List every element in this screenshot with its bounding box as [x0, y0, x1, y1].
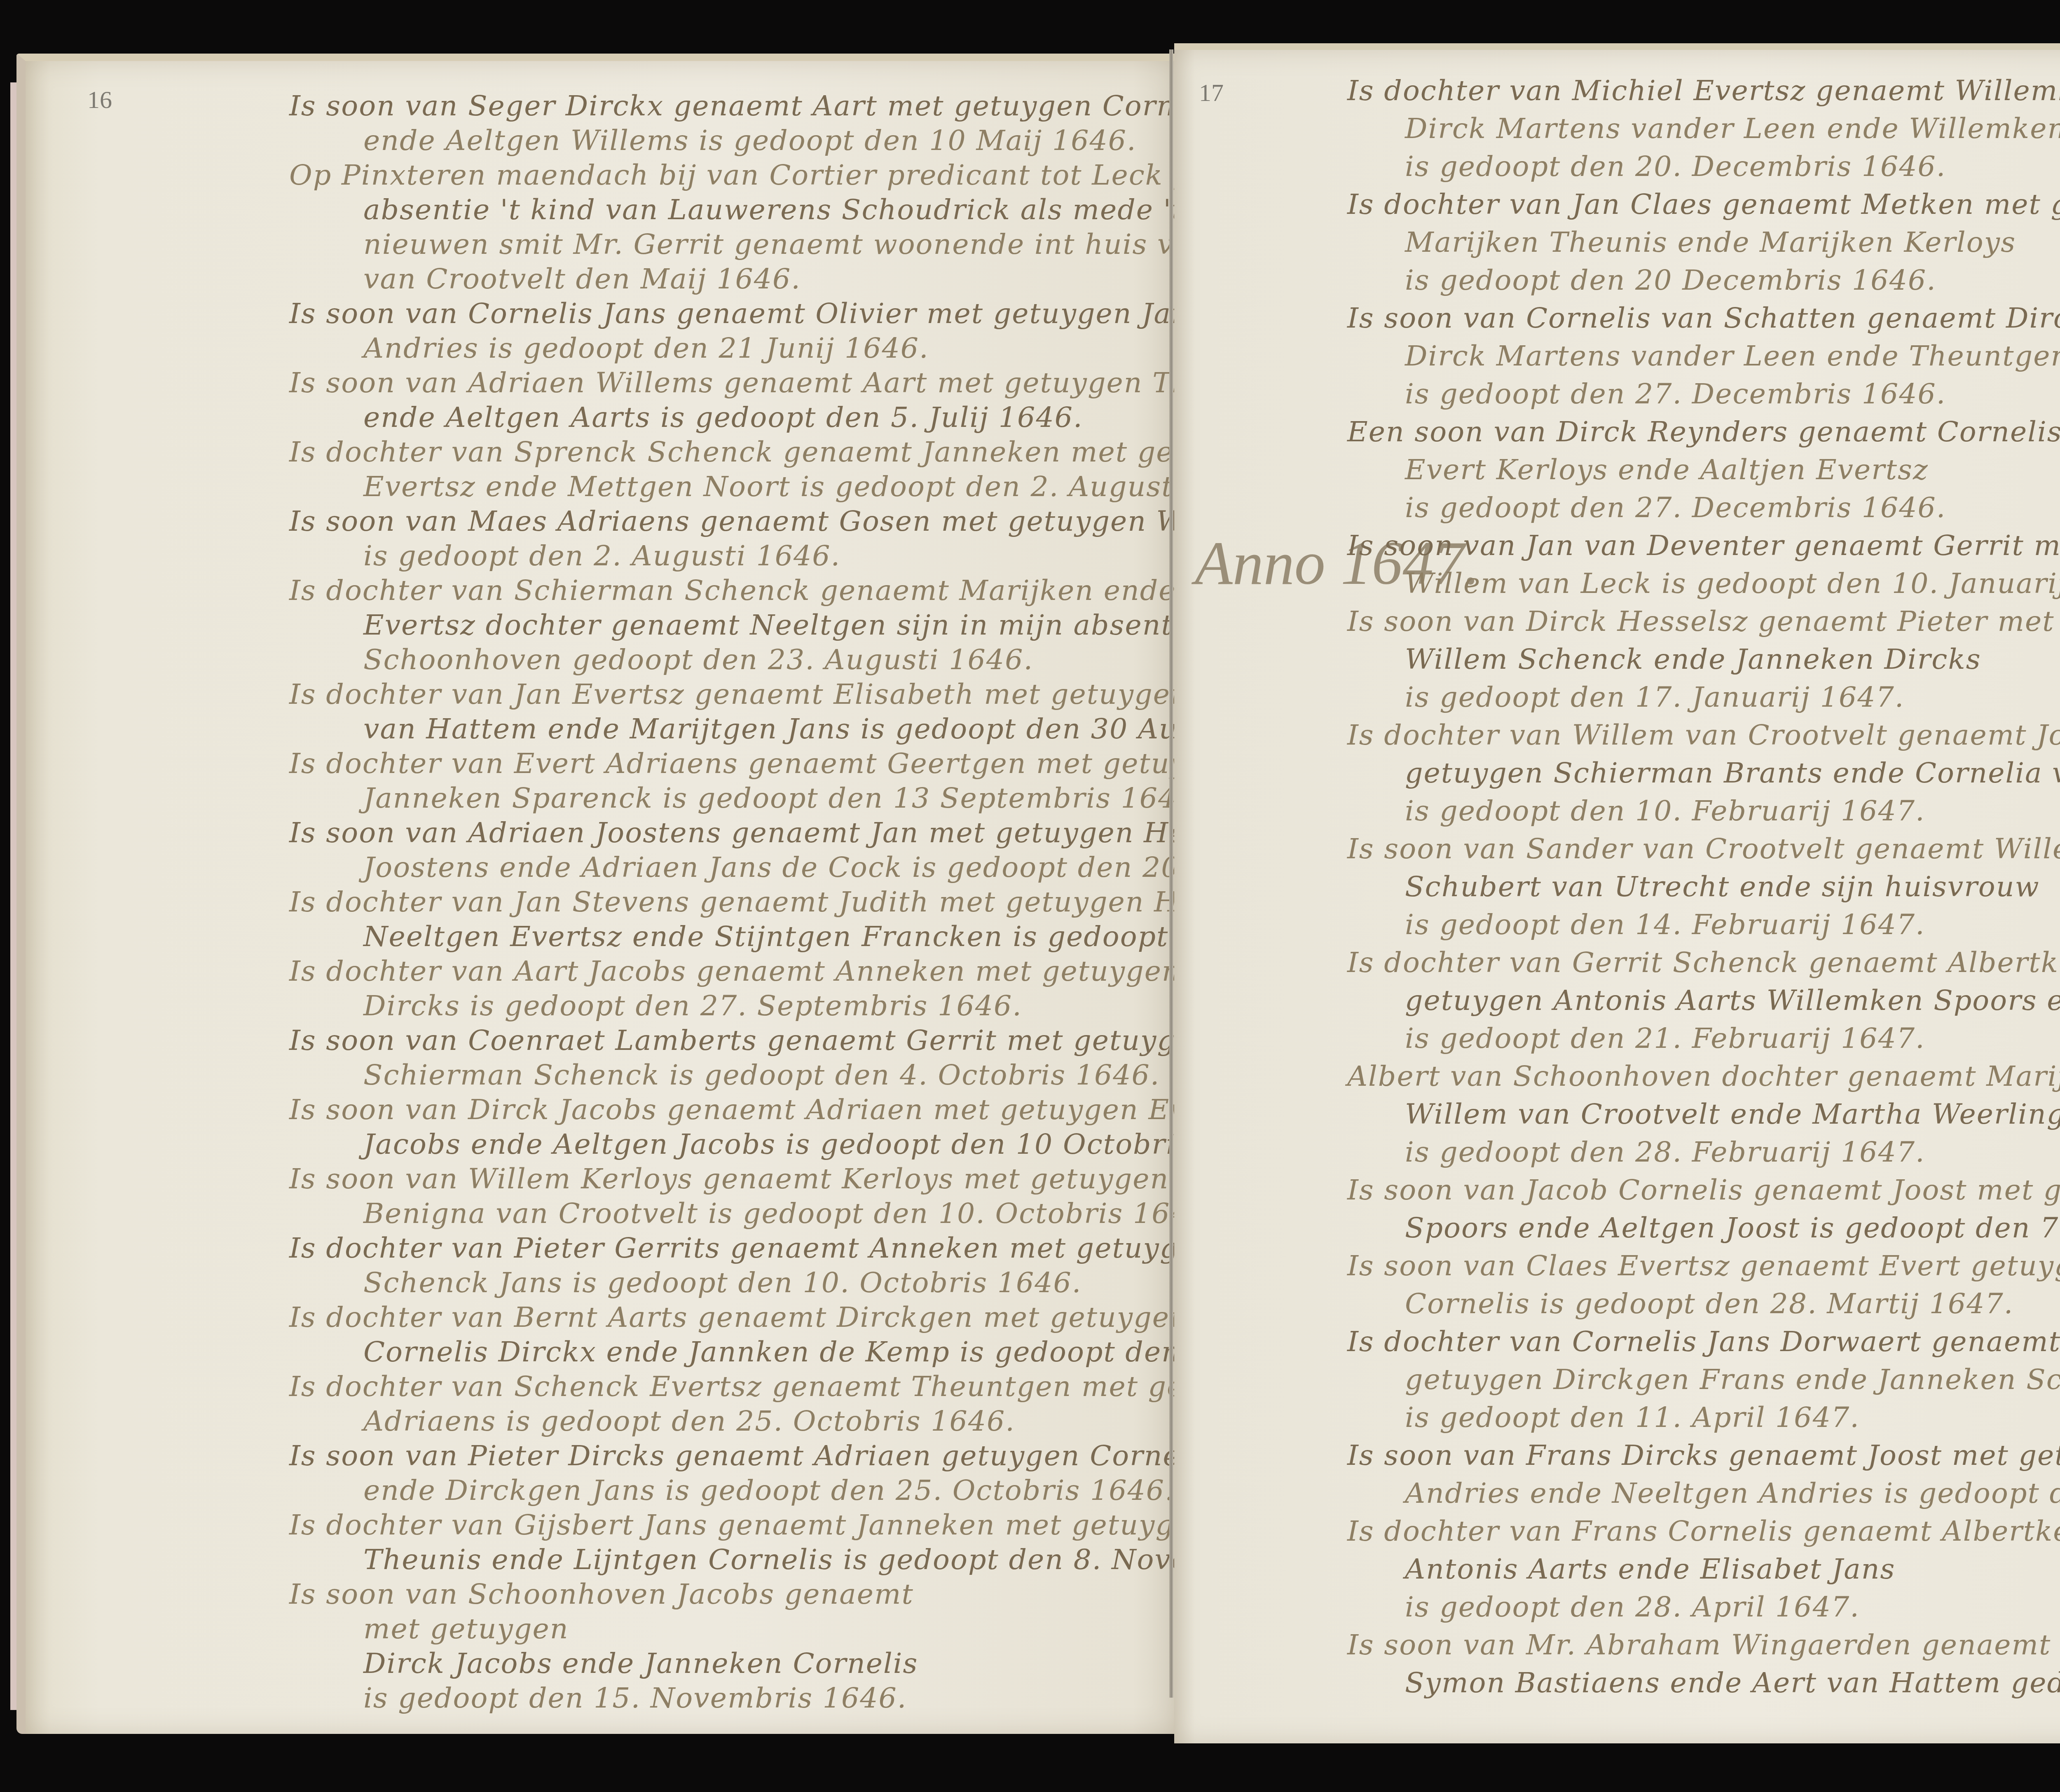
register-line: is gedoopt den 28. April 1647. [1405, 1591, 1860, 1623]
register-line: Is soon van Pieter Dircks genaemt Adriae… [289, 1440, 1288, 1472]
page-number: 16 [87, 86, 112, 114]
register-line: Albert van Schoonhoven dochter genaemt M… [1347, 1060, 2060, 1093]
register-line: Is soon van Jan van Deventer genaemt Ger… [1347, 529, 2060, 562]
right-page: 17 Anno 1647. Is dochter van Michiel Eve… [1174, 43, 2060, 1743]
register-line: Dirck Martens vander Leen ende Theuntgen… [1405, 340, 2060, 372]
register-line: ende Dirckgen Jans is gedoopt den 25. Oc… [363, 1474, 1175, 1507]
register-line: is gedoopt den 11. April 1647. [1405, 1401, 1860, 1434]
register-line: Janneken Sparenck is gedoopt den 13 Sept… [363, 782, 1205, 815]
register-line: Dirck Jacobs ende Janneken Cornelis [363, 1647, 918, 1680]
register-line: Is soon van Willem Kerloys genaemt Kerlo… [289, 1163, 1169, 1195]
register-line: is gedoopt den 20. Decembris 1646. [1405, 150, 1946, 183]
register-line: Is soon van Claes Evertsz genaemt Evert … [1347, 1250, 2060, 1282]
register-line: Cornelis is gedoopt den 28. Martij 1647. [1405, 1288, 2014, 1320]
register-line: Symon Bastiaens ende Aert van Hattem ged… [1405, 1667, 2060, 1699]
register-line: is gedoopt den 10. Februarij 1647. [1405, 795, 1925, 827]
register-line: Benigna van Crootvelt is gedoopt den 10.… [363, 1197, 1217, 1230]
register-line: Antonis Aarts ende Elisabet Jans [1405, 1553, 1895, 1586]
register-line: Willem van Leck is gedoopt den 10. Janua… [1405, 567, 2060, 600]
register-line: Andries is gedoopt den 21 Junij 1646. [363, 332, 929, 365]
register-line: Een soon van Dirck Reynders genaemt Corn… [1347, 416, 2060, 448]
register-line: Is soon van Coenraet Lamberts genaemt Ge… [289, 1024, 1212, 1057]
register-line: Willem Schenck ende Janneken Dircks [1405, 643, 1981, 676]
register-line: is gedoopt den 27. Decembris 1646. [1405, 492, 1946, 524]
register-line: Is soon van Sander van Crootvelt genaemt… [1347, 833, 2060, 865]
register-line: Evert Kerloys ende Aaltjen Evertsz [1405, 454, 1929, 486]
register-line: Is dochter van Evert Adriaens genaemt Ge… [289, 747, 1242, 780]
register-line: is gedoopt den 21. Februarij 1647. [1405, 1022, 1925, 1055]
register-line: Andries ende Neeltgen Andries is gedoopt… [1405, 1477, 2060, 1510]
register-line: Schubert van Utrecht ende sijn huisvrouw [1405, 871, 2040, 903]
register-line: Is dochter van Michiel Evertsz genaemt W… [1347, 75, 2060, 107]
page-number: 17 [1199, 79, 1224, 107]
register-line: getuygen Schierman Brants ende Cornelia … [1405, 757, 2060, 789]
register-line: is gedoopt den 2. Augusti 1646. [363, 540, 840, 572]
register-line: Is dochter van Bernt Aarts genaemt Dirck… [289, 1301, 1280, 1334]
register-line: Is dochter van Jan Claes genaemt Metken … [1347, 188, 2060, 221]
register-line: Dircks is gedoopt den 27. Septembris 164… [363, 990, 1022, 1022]
register-line: is gedoopt den 17. Januarij 1647. [1405, 681, 1904, 714]
register-line: Is dochter van Gerrit Schenck genaemt Al… [1347, 946, 2060, 979]
register-line: ende Aeltgen Willems is gedoopt den 10 M… [363, 124, 1137, 157]
register-line: ende Aeltgen Aarts is gedoopt den 5. Jul… [363, 401, 1083, 434]
register-line: Marijken Theunis ende Marijken Kerloys [1405, 226, 2016, 259]
register-line: is gedoopt den 15. Novembris 1646. [363, 1682, 907, 1715]
register-line: Schoonhoven gedoopt den 23. Augusti 1646… [363, 644, 1033, 676]
register-line: Schierman Schenck is gedoopt den 4. Octo… [363, 1059, 1160, 1092]
register-line: Is dochter van Schierman Schenck genaemt… [289, 574, 1298, 607]
register-line: Is soon van Jacob Cornelis genaemt Joost… [1347, 1174, 2060, 1206]
register-line: Is soon van Mr. Abraham Wingaerden genae… [1347, 1629, 2060, 1661]
register-line: Is dochter van Willem van Crootvelt gena… [1347, 719, 2060, 752]
left-page: 16 Is soon van Seger Dirckx genaemt Aart… [16, 54, 1179, 1734]
register-line: Willem van Crootvelt ende Martha Weerlin… [1405, 1098, 2060, 1131]
open-register-book: 16 Is soon van Seger Dirckx genaemt Aart… [0, 0, 2060, 1792]
register-line: Is dochter van Jan Evertsz genaemt Elisa… [289, 678, 1302, 711]
register-line: met getuygen [363, 1613, 569, 1645]
register-line: Evertsz ende Mettgen Noort is gedoopt de… [363, 471, 1278, 503]
register-line: Is soon van Cornelis Jans genaemt Olivie… [289, 297, 1280, 330]
register-line: Spoors ende Aeltgen Joost is gedoopt den… [1405, 1212, 2060, 1244]
register-line: is gedoopt den 14. Februarij 1647. [1405, 909, 1925, 941]
register-line: Schenck Jans is gedoopt den 10. Octobris… [363, 1267, 1081, 1299]
register-line: Is dochter van Cornelis Jans Dorwaert ge… [1347, 1326, 2060, 1358]
register-line: Is soon van Cornelis van Schatten genaem… [1347, 302, 2060, 335]
register-line: getuygen Antonis Aarts Willemken Spoors … [1405, 984, 2060, 1017]
register-line: Is soon van Adriaen Joostens genaemt Jan… [289, 817, 1273, 849]
register-line: is gedoopt den 28. Februarij 1647. [1405, 1136, 1925, 1169]
register-line: is gedoopt den 20 Decembris 1646. [1405, 264, 1936, 297]
register-line: Dirck Martens vander Leen ende Willemken… [1405, 112, 2060, 145]
book-gutter [1169, 49, 1173, 1698]
register-line: Is soon van Dirck Hesselsz genaemt Piete… [1347, 605, 2060, 638]
register-line: Is dochter van Frans Cornelis genaemt Al… [1347, 1515, 2060, 1548]
register-line: Is soon van Dirck Jacobs genaemt Adriaen… [289, 1094, 1230, 1126]
register-line: getuygen Dirckgen Frans ende Janneken Sc… [1405, 1363, 2060, 1396]
register-line: Jacobs ende Aeltgen Jacobs is gedoopt de… [363, 1128, 1285, 1161]
register-line: Is dochter van Pieter Gerrits genaemt An… [289, 1232, 1215, 1265]
register-line: van Crootvelt den Maij 1646. [363, 263, 801, 295]
register-line: Is soon van Frans Dircks genaemt Joost m… [1347, 1439, 2060, 1472]
register-line: Is soon van Schoonhoven Jacobs genaemt [289, 1578, 914, 1611]
register-line: is gedoopt den 27. Decembris 1646. [1405, 378, 1946, 410]
register-line: Adriaens is gedoopt den 25. Octobris 164… [363, 1405, 1015, 1438]
